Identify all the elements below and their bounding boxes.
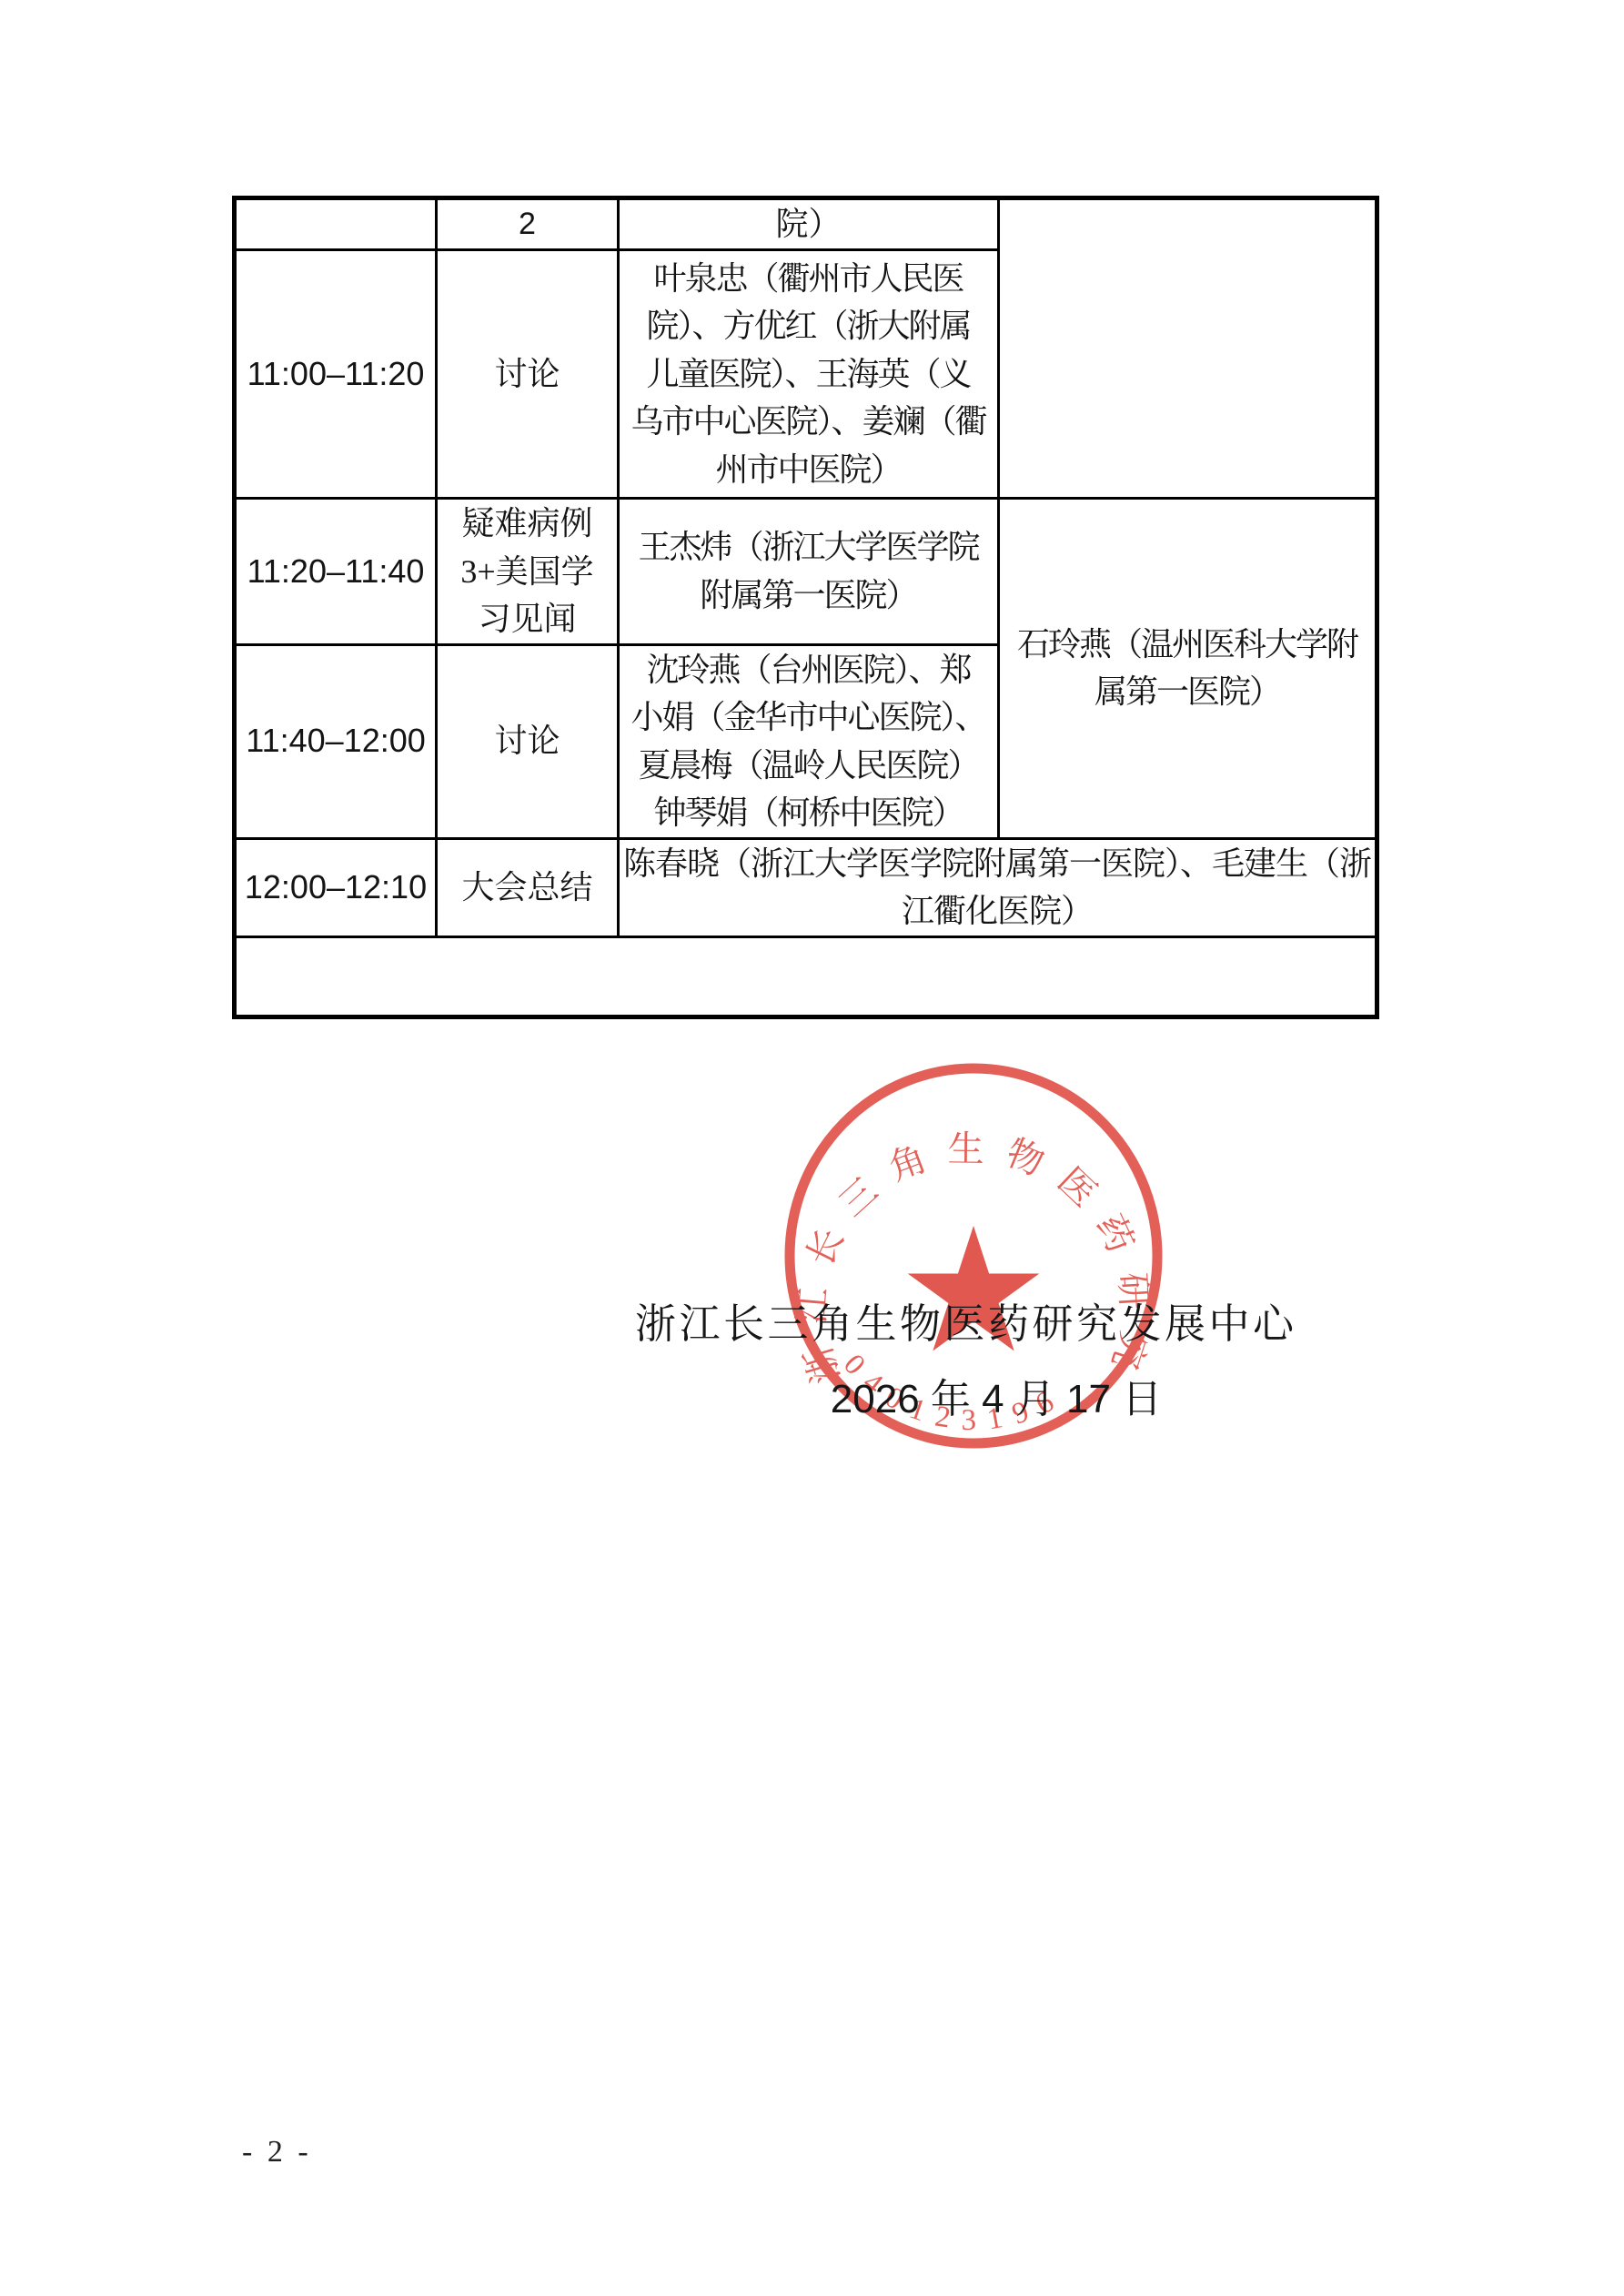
cell-speakers: 叶泉忠（衢州市人民医 院）、方优红（浙大附属 儿童医院）、王海英（义 乌市中心医…: [619, 250, 999, 499]
cell-time-carryover: [235, 198, 437, 250]
table-row: 12:00–12:10 大会总结 陈春晓（浙江大学医学院附属第一医院）、毛建生（…: [235, 838, 1377, 936]
schedule-table: 2 院） 11:00–11:20 讨论 叶泉忠（衢州市人民医 院）、方优红（浙大…: [232, 196, 1379, 1019]
cell-speaker-carryover: 院）: [619, 198, 999, 250]
table-row: 11:20–11:40 疑难病例 3+美国学 习见闻 王杰炜（浙江大学医学院 附…: [235, 499, 1377, 645]
cell-time: 11:00–11:20: [235, 250, 437, 499]
signature-organization: 浙江长三角生物医药研究发展中心: [635, 1290, 1297, 1350]
document-page: 2 院） 11:00–11:20 讨论 叶泉忠（衢州市人民医 院）、方优红（浙大…: [0, 0, 1624, 2296]
cell-topic: 疑难病例 3+美国学 习见闻: [437, 499, 619, 645]
cell-topic: 讨论: [437, 250, 619, 499]
cell-host-empty: [999, 198, 1377, 499]
signature-date: 2026 年 4 月 17 日: [778, 1366, 1215, 1424]
cell-topic: 讨论: [437, 644, 619, 838]
cell-time: 11:20–11:40: [235, 499, 437, 645]
cell-speakers: 沈玲燕（台州医院）、郑 小娟（金华市中心医院）、 夏晨梅（温岭人民医院） 钟琴娟…: [619, 644, 999, 838]
cell-speakers-span: 陈春晓（浙江大学医学院附属第一医院）、毛建生（浙 江衢化医院）: [619, 838, 1377, 936]
cell-speakers: 王杰炜（浙江大学医学院 附属第一医院）: [619, 499, 999, 645]
cell-time: 11:40–12:00: [235, 644, 437, 838]
cell-topic-carryover: 2: [437, 198, 619, 250]
table-row-empty: [235, 936, 1377, 1017]
page-number: - 2 -: [242, 2135, 312, 2170]
cell-empty: [235, 936, 1377, 1017]
cell-time: 12:00–12:10: [235, 838, 437, 936]
table-row: 2 院）: [235, 198, 1377, 250]
cell-topic: 大会总结: [437, 838, 619, 936]
cell-host: 石玲燕（温州医科大学附 属第一医院）: [999, 499, 1377, 839]
